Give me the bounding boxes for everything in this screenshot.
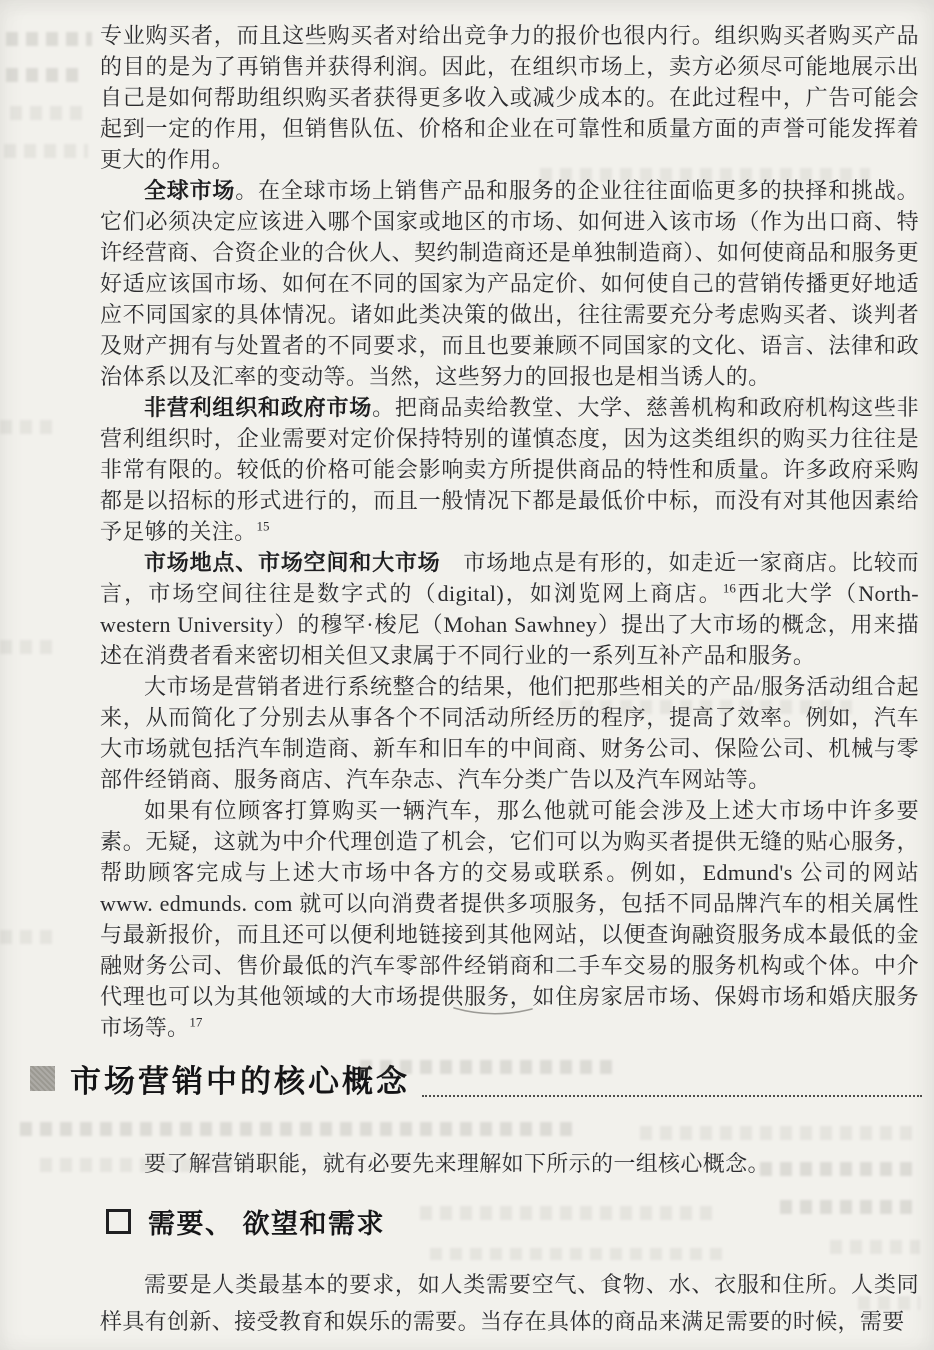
bleedthrough-smudge	[0, 420, 60, 434]
bleedthrough-smudge	[6, 32, 92, 46]
bleedthrough-smudge	[430, 1248, 730, 1260]
paragraph-text: 如果有位顾客打算购买一辆汽车，那么他就可能会涉及上述大市场中许多要素。无疑，这就…	[100, 798, 919, 1040]
bleedthrough-smudge	[0, 930, 60, 944]
paragraph-nonprofit-government-markets: 非营利组织和政府市场。把商品卖给教堂、大学、慈善机构和政府机构这些非营利组织时，…	[100, 392, 919, 547]
paragraph-text: 大市场是营销者进行系统整合的结果，他们把那些相关的产品/服务活动组合起来，从而简…	[100, 674, 919, 792]
section-heading-block: 市场营销中的核心概念	[30, 1056, 924, 1101]
bleedthrough-smudge	[0, 640, 55, 654]
footnote-ref-17: 17	[189, 1015, 202, 1030]
bleedthrough-smudge	[830, 1240, 920, 1254]
run-in-heading: 全球市场	[144, 178, 235, 203]
subsection-title: 需要、 欲望和需求	[148, 1202, 385, 1241]
bleedthrough-smudge	[780, 1200, 920, 1214]
subsection-heading-block: 需要、 欲望和需求	[106, 1202, 385, 1241]
paragraph-needs-wants-demands: 需要是人类最基本的要求，如人类需要空气、食物、水、衣服和住所。人类同样具有创新、…	[100, 1266, 919, 1340]
run-in-heading: 非营利组织和政府市场	[144, 395, 372, 420]
paragraph-marketplace-marketspace-metamarket: 市场地点、市场空间和大市场 市场地点是有形的，如走近一家商店。比较而言，市场空间…	[100, 547, 919, 671]
scanned-book-page: 专业购买者，而且这些购买者对给出竞争力的报价也很内行。组织购买者购买产品的目的是…	[0, 0, 934, 1350]
paragraph-text: 。在全球市场上销售产品和服务的企业往往面临更多的抉择和挑战。它们必须决定应该进入…	[100, 178, 919, 389]
footnote-ref-16: 16	[723, 581, 736, 596]
paragraph-global-markets: 全球市场。在全球市场上销售产品和服务的企业往往面临更多的抉择和挑战。它们必须决定…	[100, 175, 919, 392]
section-title: 市场营销中的核心概念	[70, 1056, 410, 1101]
paragraph-organizational-buyers: 专业购买者，而且这些购买者对给出竞争力的报价也很内行。组织购买者购买产品的目的是…	[100, 20, 919, 175]
run-in-heading: 市场地点、市场空间和大市场	[144, 550, 441, 575]
paragraph-text: 专业购买者，而且这些购买者对给出竞争力的报价也很内行。组织购买者购买产品的目的是…	[100, 23, 919, 172]
paragraph-car-metamarket-example: 如果有位顾客打算购买一辆汽车，那么他就可能会涉及上述大市场中许多要素。无疑，这就…	[100, 795, 919, 1043]
main-text-column: 专业购买者，而且这些购买者对给出竞争力的报价也很内行。组织购买者购买产品的目的是…	[100, 20, 919, 1043]
bleedthrough-smudge	[640, 1126, 920, 1140]
bleedthrough-smudge	[4, 144, 88, 158]
dotted-leader-line	[422, 1095, 922, 1097]
bleedthrough-smudge	[10, 106, 90, 120]
paragraph-metamarket-definition: 大市场是营销者进行系统整合的结果，他们把那些相关的产品/服务活动组合起来，从而简…	[100, 671, 919, 795]
bleedthrough-smudge	[20, 1122, 580, 1136]
bleedthrough-smudge	[6, 68, 84, 82]
bleedthrough-smudge	[420, 1206, 720, 1220]
section-marker-square	[30, 1066, 55, 1091]
section-intro-sentence: 要了解营销职能，就有必要先来理解如下所示的一组核心概念。	[100, 1148, 919, 1179]
footnote-ref-15: 15	[256, 519, 269, 534]
subsection-marker-box	[106, 1209, 131, 1234]
